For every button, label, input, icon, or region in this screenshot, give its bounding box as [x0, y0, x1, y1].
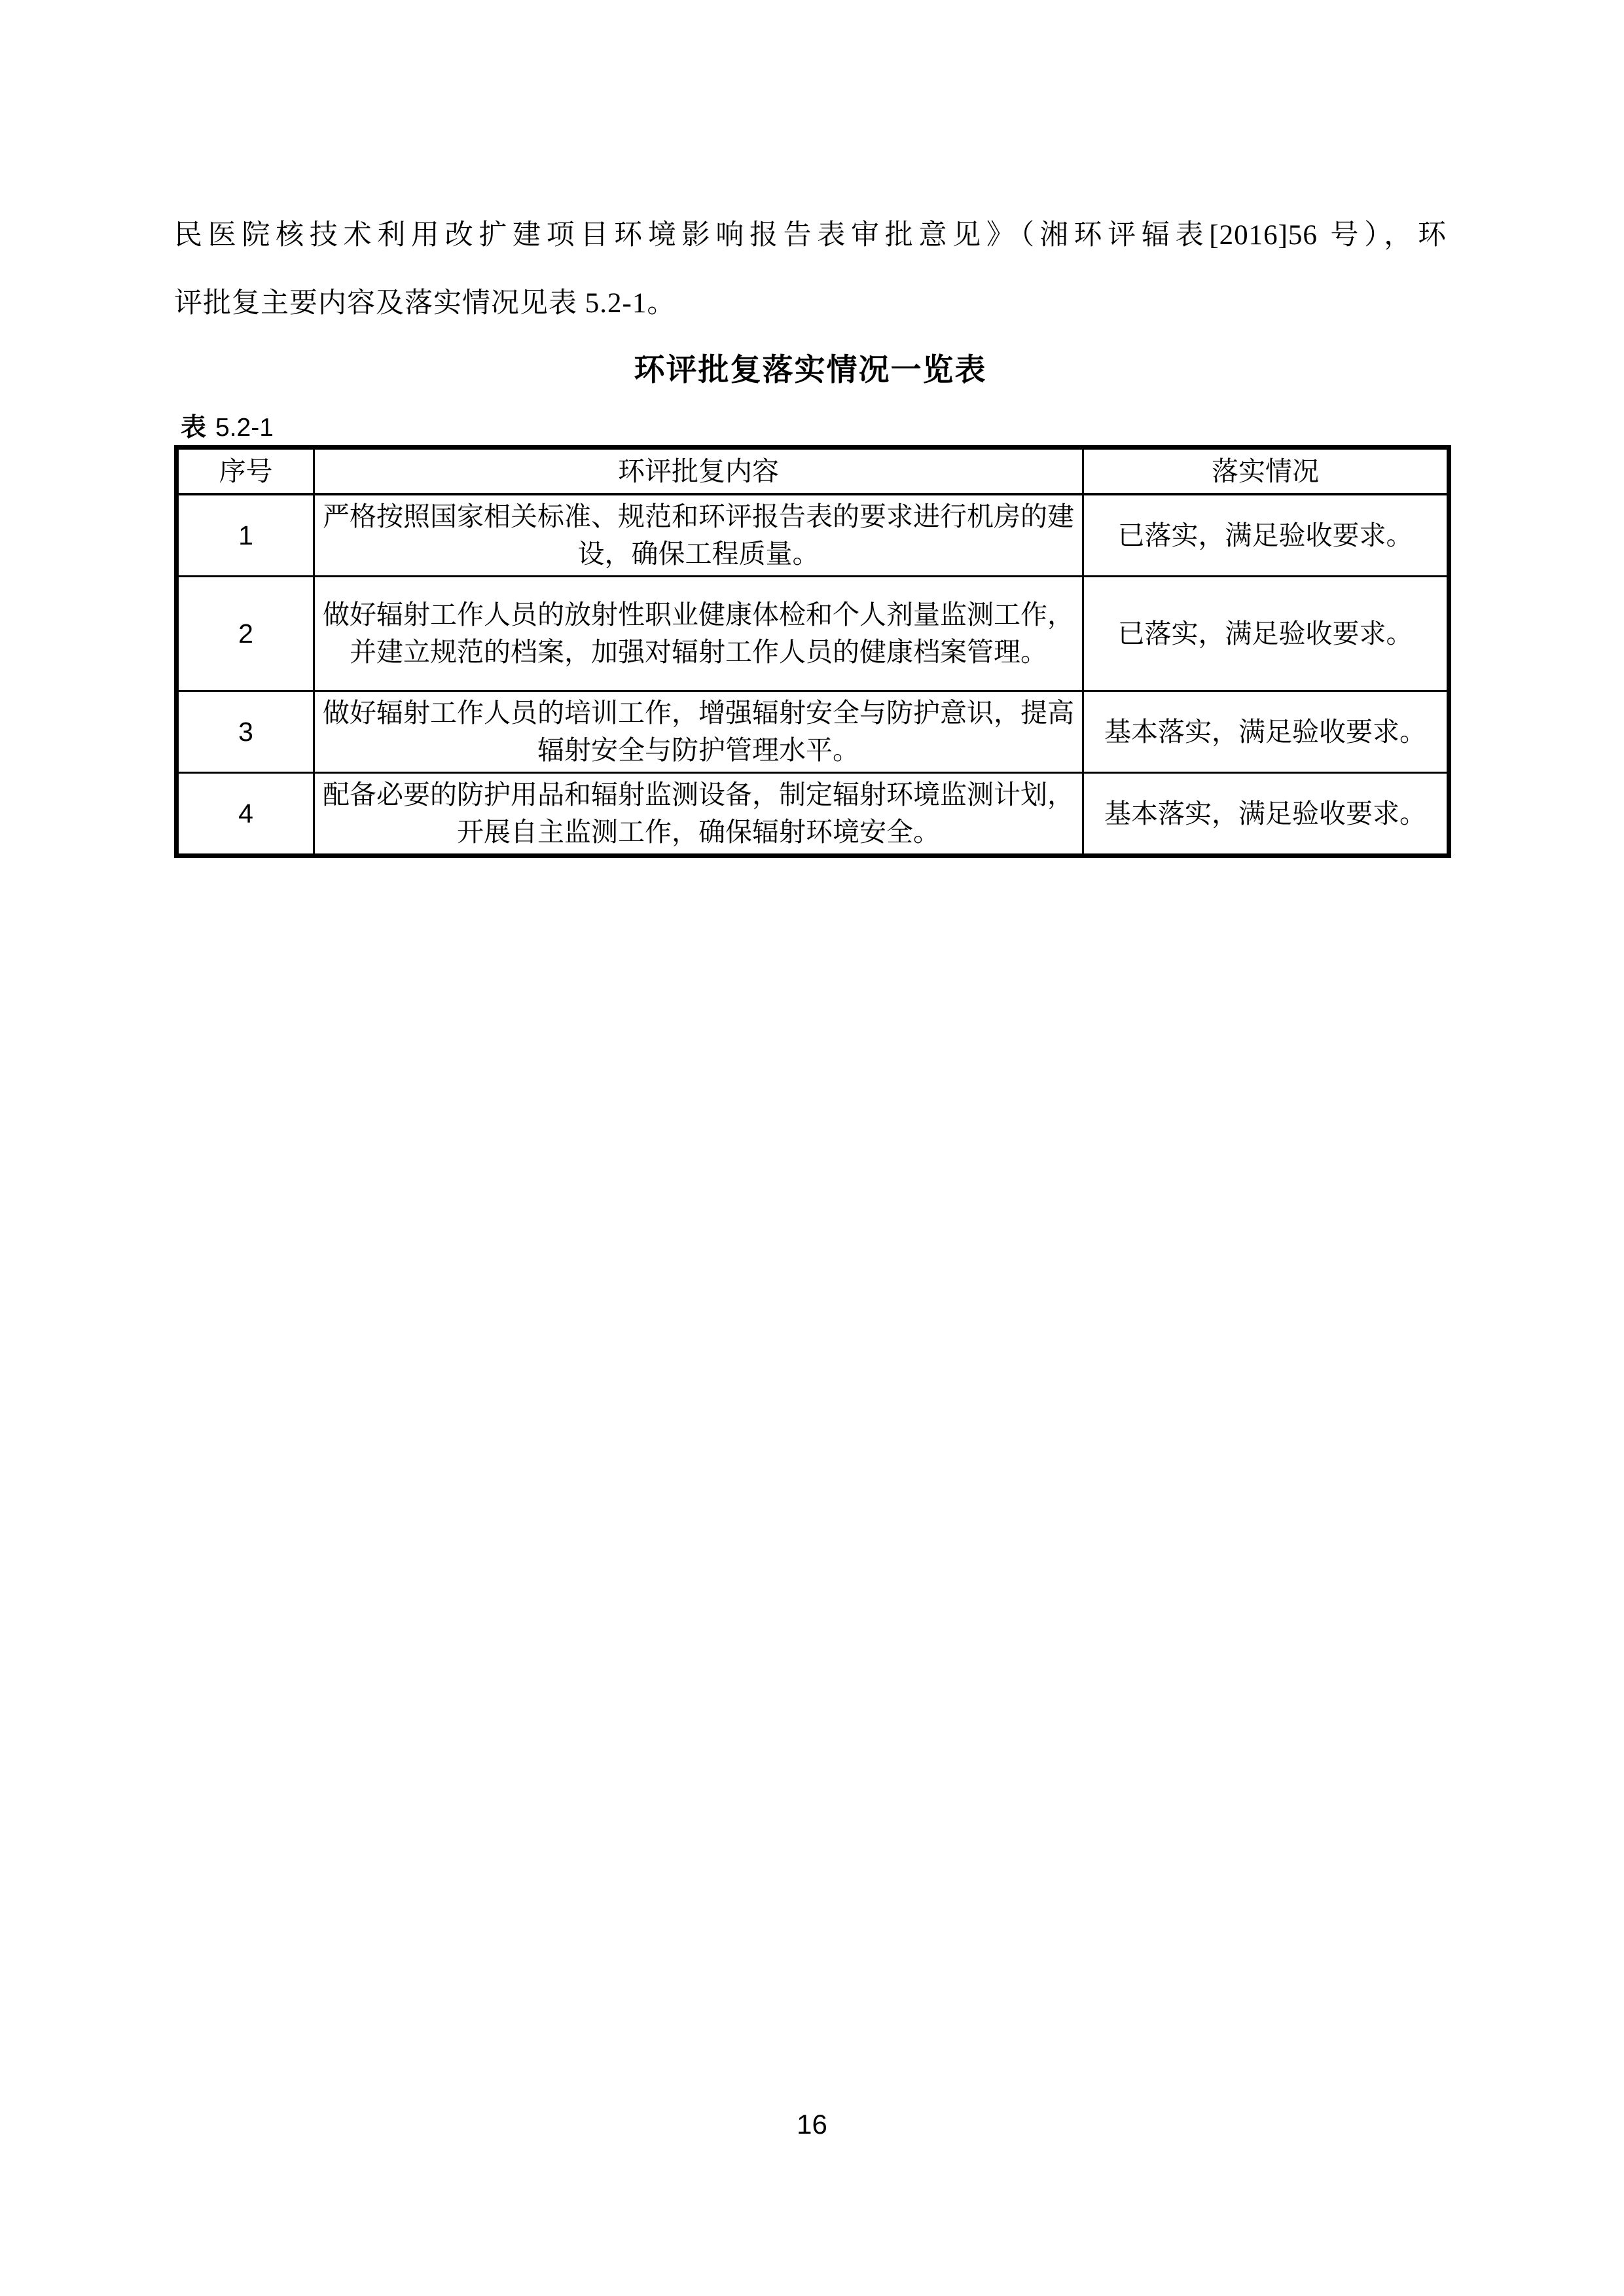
page-number: 16	[0, 2109, 1624, 2140]
table-title: 环评批复落实情况一览表	[174, 346, 1447, 389]
table-label: 表5.2-1	[181, 407, 274, 444]
row-status: 基本落实，满足验收要求。	[1083, 773, 1449, 856]
row-content: 做好辐射工作人员的放射性职业健康体检和个人剂量监测工作，并建立规范的档案，加强对…	[314, 577, 1083, 691]
row-no: 1	[177, 494, 314, 577]
table-header-row: 序号 环评批复内容 落实情况	[177, 448, 1449, 495]
header-status: 落实情况	[1083, 448, 1449, 495]
intro-paragraph: 民医院核技术利用改扩建项目环境影响报告表审批意见》（湘环评辐表[2016]56 …	[174, 202, 1447, 338]
header-no: 序号	[177, 448, 314, 495]
table-row: 1 严格按照国家相关标准、规范和环评报告表的要求进行机房的建设，确保工程质量。 …	[177, 494, 1449, 577]
header-content: 环评批复内容	[314, 448, 1083, 495]
row-content: 严格按照国家相关标准、规范和环评报告表的要求进行机房的建设，确保工程质量。	[314, 494, 1083, 577]
row-content: 配备必要的防护用品和辐射监测设备，制定辐射环境监测计划，开展自主监测工作，确保辐…	[314, 773, 1083, 856]
row-content: 做好辐射工作人员的培训工作，增强辐射安全与防护意识，提高辐射安全与防护管理水平。	[314, 691, 1083, 773]
row-no: 4	[177, 773, 314, 856]
paragraph-line: 评批复主要内容及落实情况见表 5.2-1。	[174, 270, 1447, 338]
row-no: 3	[177, 691, 314, 773]
paragraph-line: 民医院核技术利用改扩建项目环境影响报告表审批意见》（湘环评辐表[2016]56 …	[174, 202, 1447, 270]
approval-status-table: 序号 环评批复内容 落实情况 1 严格按照国家相关标准、规范和环评报告表的要求进…	[174, 445, 1451, 858]
document-page: 民医院核技术利用改扩建项目环境影响报告表审批意见》（湘环评辐表[2016]56 …	[0, 0, 1624, 2296]
row-status: 已落实，满足验收要求。	[1083, 494, 1449, 577]
table-row: 2 做好辐射工作人员的放射性职业健康体检和个人剂量监测工作，并建立规范的档案，加…	[177, 577, 1449, 691]
table-label-number: 5.2-1	[215, 414, 274, 442]
row-no: 2	[177, 577, 314, 691]
table-row: 4 配备必要的防护用品和辐射监测设备，制定辐射环境监测计划，开展自主监测工作，确…	[177, 773, 1449, 856]
table-row: 3 做好辐射工作人员的培训工作，增强辐射安全与防护意识，提高辐射安全与防护管理水…	[177, 691, 1449, 773]
row-status: 已落实，满足验收要求。	[1083, 577, 1449, 691]
table-label-prefix: 表	[181, 414, 206, 442]
row-status: 基本落实，满足验收要求。	[1083, 691, 1449, 773]
